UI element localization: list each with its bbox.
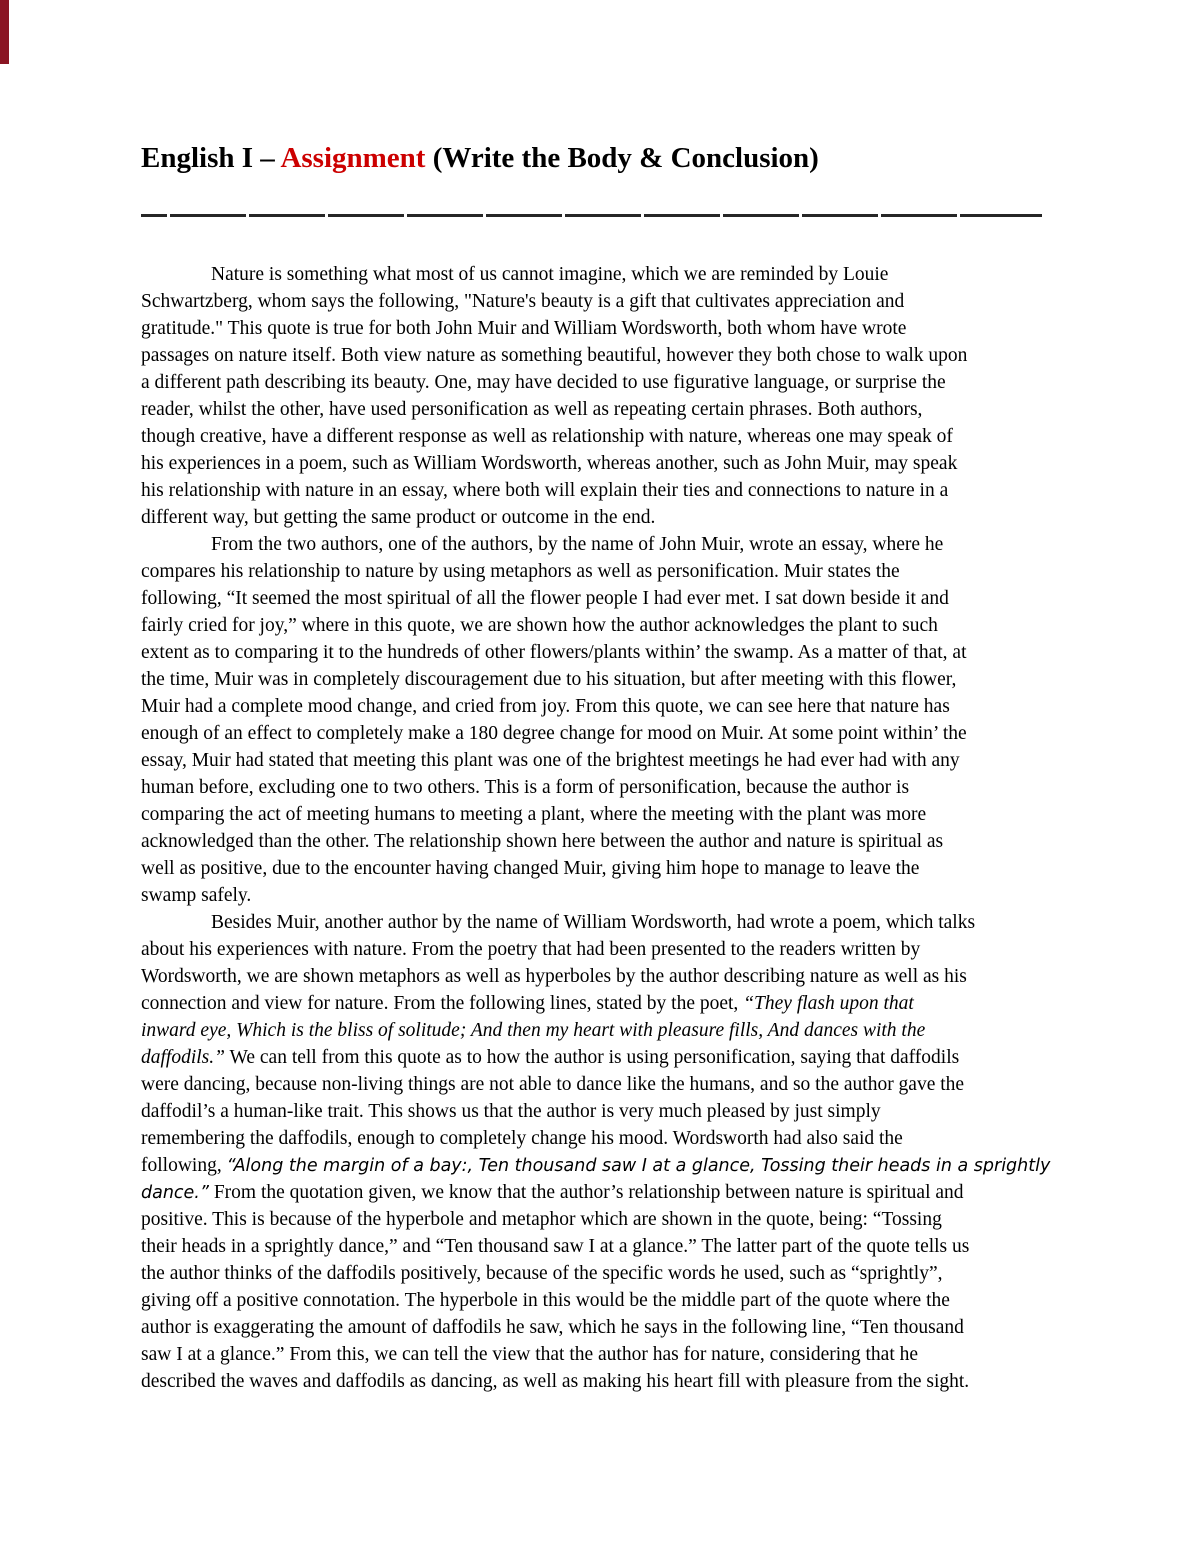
text-run: extent as to comparing it to the hundred… (141, 642, 966, 663)
text-line: passages on nature itself. Both view nat… (141, 342, 1058, 369)
text-line: well as positive, due to the encounter h… (141, 855, 1058, 882)
text-line: his experiences in a poem, such as Willi… (141, 450, 1058, 477)
text-line: described the waves and daffodils as dan… (141, 1368, 1058, 1395)
text-run: different way, but getting the same prod… (141, 507, 655, 528)
quote-run: “They flash upon that (743, 993, 914, 1014)
text-run: following, “It seemed the most spiritual… (141, 588, 949, 609)
text-run: author is exaggerating the amount of daf… (141, 1317, 964, 1338)
text-run: the author thinks of the daffodils posit… (141, 1263, 942, 1284)
quote-run: daffodils.” (141, 1047, 225, 1068)
text-run: described the waves and daffodils as dan… (141, 1371, 969, 1392)
essay-body: Nature is something what most of us cann… (141, 261, 1058, 1395)
text-line: though creative, have a different respon… (141, 423, 1058, 450)
text-line: a different path describing its beauty. … (141, 369, 1058, 396)
paragraph: Nature is something what most of us cann… (141, 261, 1058, 531)
text-line: daffodils.” We can tell from this quote … (141, 1044, 1058, 1071)
text-line: Schwartzberg, whom says the following, "… (141, 288, 1058, 315)
text-line: dance.” From the quotation given, we kno… (141, 1179, 1058, 1206)
text-run: remembering the daffodils, enough to com… (141, 1128, 903, 1149)
text-line: inward eye, Which is the bliss of solitu… (141, 1017, 1058, 1044)
text-line: author is exaggerating the amount of daf… (141, 1314, 1058, 1341)
text-run: fairly cried for joy,” where in this quo… (141, 615, 938, 636)
text-line: fairly cried for joy,” where in this quo… (141, 612, 1058, 639)
text-line: acknowledged than the other. The relatio… (141, 828, 1058, 855)
text-line: the author thinks of the daffodils posit… (141, 1260, 1058, 1287)
text-run: well as positive, due to the encounter h… (141, 858, 919, 879)
text-line: essay, Muir had stated that meeting this… (141, 747, 1058, 774)
text-line: his relationship with nature in an essay… (141, 477, 1058, 504)
text-run: comparing the act of meeting humans to m… (141, 804, 926, 825)
text-run: connection and view for nature. From the… (141, 993, 743, 1014)
text-line: saw I at a glance.” From this, we can te… (141, 1341, 1058, 1368)
text-run: reader, whilst the other, have used pers… (141, 399, 922, 420)
page-title: English I – Assignment (Write the Body &… (141, 138, 1058, 178)
text-run: the time, Muir was in completely discour… (141, 669, 956, 690)
text-run: Nature is something what most of us cann… (211, 264, 888, 285)
text-run: passages on nature itself. Both view nat… (141, 345, 967, 366)
text-line: giving off a positive connotation. The h… (141, 1287, 1058, 1314)
text-run: saw I at a glance.” From this, we can te… (141, 1344, 918, 1365)
text-line: enough of an effect to completely make a… (141, 720, 1058, 747)
text-run: essay, Muir had stated that meeting this… (141, 750, 960, 771)
text-line: compares his relationship to nature by u… (141, 558, 1058, 585)
text-line: Besides Muir, another author by the name… (141, 909, 1058, 936)
text-run: acknowledged than the other. The relatio… (141, 831, 943, 852)
text-line: their heads in a sprightly dance,” and “… (141, 1233, 1058, 1260)
text-run: Muir had a complete mood change, and cri… (141, 696, 950, 717)
text-line: were dancing, because non-living things … (141, 1071, 1058, 1098)
text-run: though creative, have a different respon… (141, 426, 953, 447)
text-run: From the two authors, one of the authors… (211, 534, 943, 555)
text-line: Nature is something what most of us cann… (141, 261, 1058, 288)
text-run: gratitude." This quote is true for both … (141, 318, 906, 339)
text-run: enough of an effect to completely make a… (141, 723, 967, 744)
page-corner-ribbon (0, 0, 9, 64)
text-run: Wordsworth, we are shown metaphors as we… (141, 966, 967, 987)
text-run: From the quotation given, we know that t… (209, 1182, 964, 1203)
page-title-highlight: Assignment (280, 142, 425, 174)
text-line: comparing the act of meeting humans to m… (141, 801, 1058, 828)
text-line: positive. This is because of the hyperbo… (141, 1206, 1058, 1233)
text-line: From the two authors, one of the authors… (141, 531, 1058, 558)
paragraph: Besides Muir, another author by the name… (141, 909, 1058, 1395)
divider-line (141, 214, 1042, 217)
text-run: positive. This is because of the hyperbo… (141, 1209, 942, 1230)
page-title-suffix: (Write the Body & Conclusion) (425, 142, 818, 174)
text-line: different way, but getting the same prod… (141, 504, 1058, 531)
text-run: a different path describing its beauty. … (141, 372, 946, 393)
text-line: extent as to comparing it to the hundred… (141, 639, 1058, 666)
text-run: swamp safely. (141, 885, 251, 906)
text-run: about his experiences with nature. From … (141, 939, 920, 960)
text-run: We can tell from this quote as to how th… (225, 1047, 959, 1068)
text-line: Muir had a complete mood change, and cri… (141, 693, 1058, 720)
text-line: Wordsworth, we are shown metaphors as we… (141, 963, 1058, 990)
text-line: the time, Muir was in completely discour… (141, 666, 1058, 693)
text-line: following, “It seemed the most spiritual… (141, 585, 1058, 612)
page-title-prefix: English I – (141, 142, 280, 174)
text-run: were dancing, because non-living things … (141, 1074, 964, 1095)
text-line: human before, excluding one to two other… (141, 774, 1058, 801)
quote-run: inward eye, Which is the bliss of solitu… (141, 1020, 925, 1041)
paragraph: From the two authors, one of the authors… (141, 531, 1058, 909)
text-run: Schwartzberg, whom says the following, "… (141, 291, 904, 312)
text-run: compares his relationship to nature by u… (141, 561, 900, 582)
text-run: their heads in a sprightly dance,” and “… (141, 1236, 969, 1257)
text-run: his relationship with nature in an essay… (141, 480, 948, 501)
text-line: connection and view for nature. From the… (141, 990, 1058, 1017)
text-run: giving off a positive connotation. The h… (141, 1290, 950, 1311)
document-page: English I – Assignment (Write the Body &… (141, 0, 1058, 1395)
text-run: daffodil’s a human-like trait. This show… (141, 1101, 881, 1122)
quote-run: “Along the margin of a bay:, Ten thousan… (227, 1156, 1051, 1176)
quote-run: dance.” (141, 1183, 209, 1203)
text-line: gratitude." This quote is true for both … (141, 315, 1058, 342)
text-run: his experiences in a poem, such as Willi… (141, 453, 957, 474)
text-line: about his experiences with nature. From … (141, 936, 1058, 963)
text-run: following, (141, 1155, 227, 1176)
text-line: daffodil’s a human-like trait. This show… (141, 1098, 1058, 1125)
text-line: following, “Along the margin of a bay:, … (141, 1152, 1058, 1179)
text-line: reader, whilst the other, have used pers… (141, 396, 1058, 423)
text-line: swamp safely. (141, 882, 1058, 909)
text-run: Besides Muir, another author by the name… (211, 912, 975, 933)
text-run: human before, excluding one to two other… (141, 777, 909, 798)
text-line: remembering the daffodils, enough to com… (141, 1125, 1058, 1152)
